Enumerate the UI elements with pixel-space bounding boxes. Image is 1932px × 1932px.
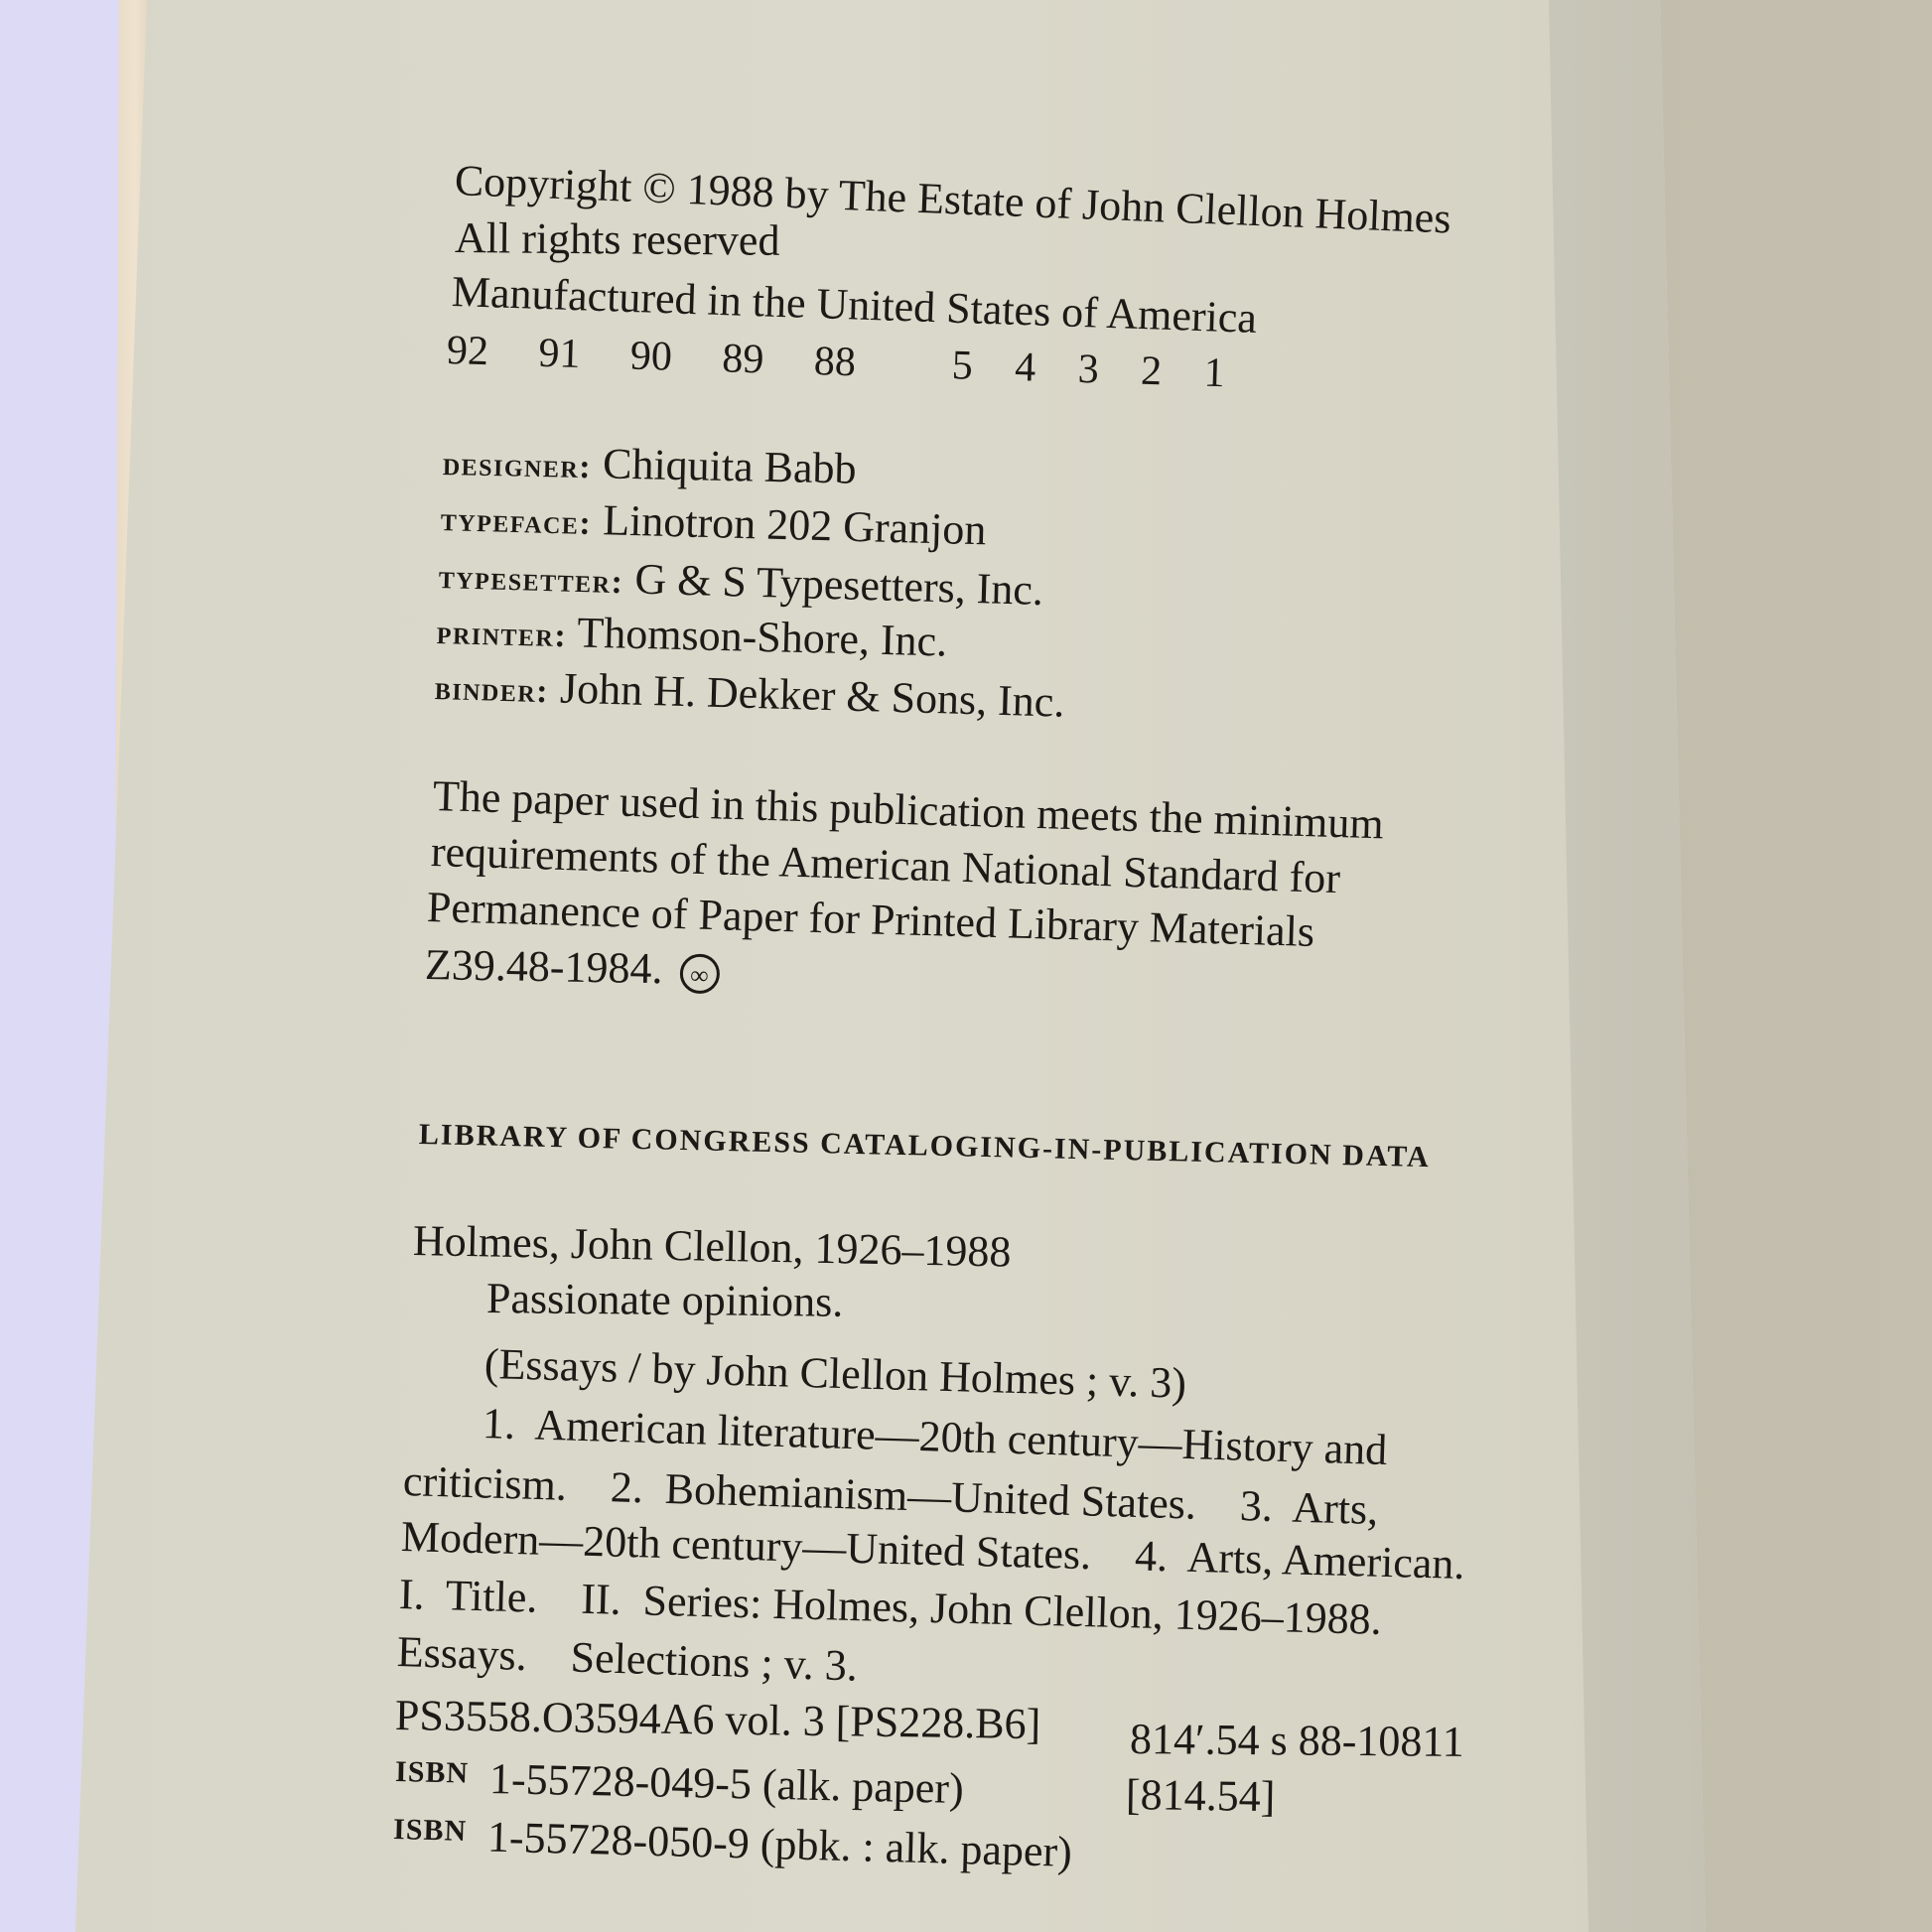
isbn-label: ISBN bbox=[393, 1813, 468, 1848]
credit-designer: designer: Chiquita Babb bbox=[443, 439, 857, 491]
print-run: 5 bbox=[951, 345, 973, 387]
paper-notice-standard: Z39.48-1984. ∞ bbox=[425, 943, 720, 994]
isbn-label: ISBN bbox=[395, 1755, 470, 1790]
credit-value: Chiquita Babb bbox=[603, 439, 857, 492]
cip-call-number: PS3558.O3594A6 vol. 3 [PS228.B6] bbox=[395, 1694, 1041, 1746]
standard-number: Z39.48-1984. bbox=[425, 940, 663, 993]
cip-dewey-bracket: [814.54] bbox=[1126, 1773, 1276, 1819]
print-year: 92 bbox=[446, 330, 488, 372]
credit-value: Thomson-Shore, Inc. bbox=[577, 608, 948, 665]
cip-title: Passionate opinions. bbox=[486, 1277, 844, 1324]
isbn-value: 1-55728-049-5 (alk. paper) bbox=[489, 1754, 965, 1813]
print-run: 3 bbox=[1077, 348, 1099, 391]
credit-label: designer: bbox=[443, 446, 593, 485]
rights-line: All rights reserved bbox=[455, 216, 780, 263]
print-run: 2 bbox=[1141, 350, 1163, 393]
cip-dewey: 814′.54 s 88-10811 bbox=[1130, 1718, 1464, 1764]
print-year: 88 bbox=[813, 341, 856, 383]
print-year: 90 bbox=[629, 335, 672, 377]
credit-value: Linotron 202 Granjon bbox=[603, 495, 987, 554]
cip-author: Holmes, John Clellon, 1926–1988 bbox=[413, 1219, 1012, 1275]
print-year: 89 bbox=[722, 338, 764, 380]
credit-label: typesetter: bbox=[438, 559, 624, 601]
cip-isbn-cloth: ISBN 1-55728-049-5 (alk. paper) bbox=[395, 1755, 965, 1811]
print-run: 1 bbox=[1203, 352, 1225, 395]
print-year: 91 bbox=[538, 333, 581, 375]
credit-label: printer: bbox=[436, 615, 567, 654]
credit-label: binder: bbox=[434, 670, 549, 710]
credit-label: typeface: bbox=[440, 501, 592, 542]
infinity-circle-icon: ∞ bbox=[679, 953, 720, 994]
print-run: 4 bbox=[1015, 346, 1036, 389]
